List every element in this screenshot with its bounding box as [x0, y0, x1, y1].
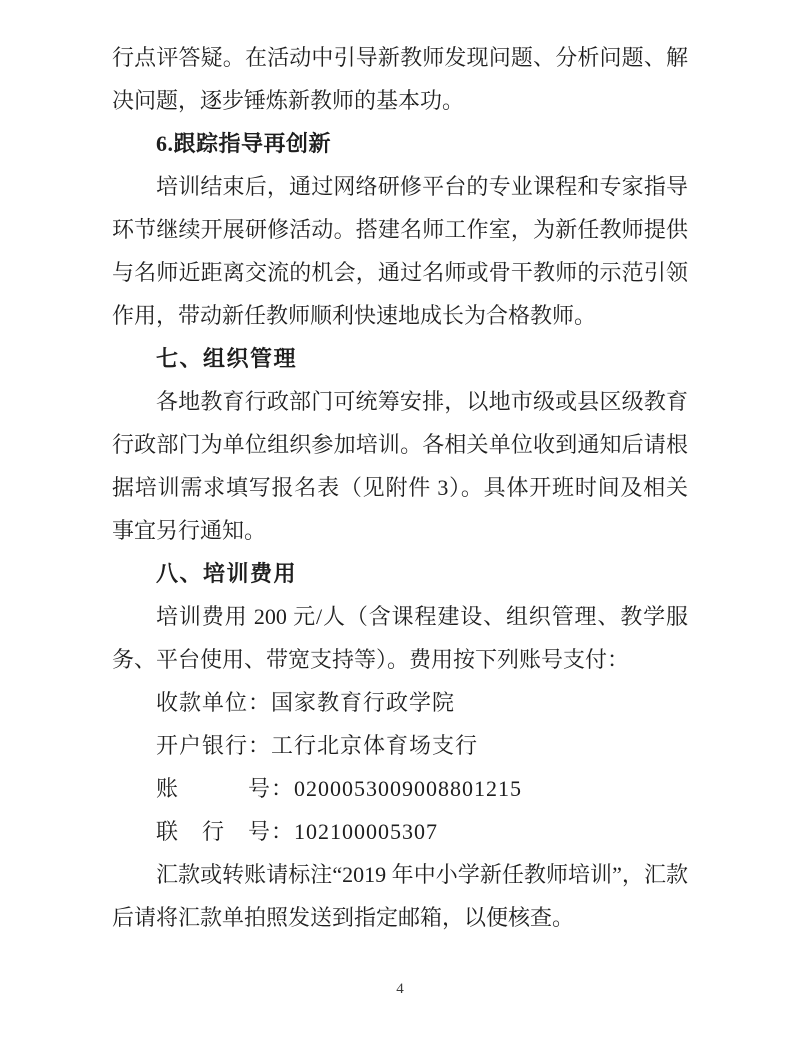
payment-detail-bank-code: 联 行 号：102100005307 — [112, 810, 688, 853]
subsection-heading-6: 6.跟踪指导再创新 — [112, 122, 688, 165]
payment-value: 102100005307 — [294, 819, 438, 844]
document-page: 行点评答疑。在活动中引导新教师发现问题、分析问题、解决问题，逐步锤炼新教师的基本… — [0, 0, 800, 1039]
payment-value: 国家教育行政学院 — [271, 690, 455, 715]
payment-value: 工行北京体育场支行 — [271, 733, 478, 758]
payment-detail-payee: 收款单位：国家教育行政学院 — [112, 681, 688, 724]
body-paragraph: 汇款或转账请标注“2019 年中小学新任教师培训”，汇款后请将汇款单拍照发送到指… — [112, 853, 688, 939]
body-paragraph: 培训结束后，通过网络研修平台的专业课程和专家指导环节继续开展研修活动。搭建名师工… — [112, 165, 688, 337]
payment-label: 收款单位： — [156, 690, 271, 715]
section-heading-8: 八、培训费用 — [112, 552, 688, 595]
body-paragraph: 培训费用 200 元/人（含课程建设、组织管理、教学服务、平台使用、带宽支持等）… — [112, 595, 688, 681]
payment-label: 账 号： — [156, 776, 294, 801]
payment-label: 联 行 号： — [156, 819, 294, 844]
payment-label: 开户银行： — [156, 733, 271, 758]
body-paragraph: 各地教育行政部门可统筹安排，以地市级或县区级教育行政部门为单位组织参加培训。各相… — [112, 380, 688, 552]
payment-value: 0200053009008801215 — [294, 776, 522, 801]
payment-detail-bank: 开户银行：工行北京体育场支行 — [112, 724, 688, 767]
section-heading-7: 七、组织管理 — [112, 337, 688, 380]
document-body: 行点评答疑。在活动中引导新教师发现问题、分析问题、解决问题，逐步锤炼新教师的基本… — [112, 36, 688, 939]
page-number: 4 — [0, 981, 800, 998]
body-paragraph-continuation: 行点评答疑。在活动中引导新教师发现问题、分析问题、解决问题，逐步锤炼新教师的基本… — [112, 36, 688, 122]
payment-detail-account-number: 账 号：0200053009008801215 — [112, 767, 688, 810]
